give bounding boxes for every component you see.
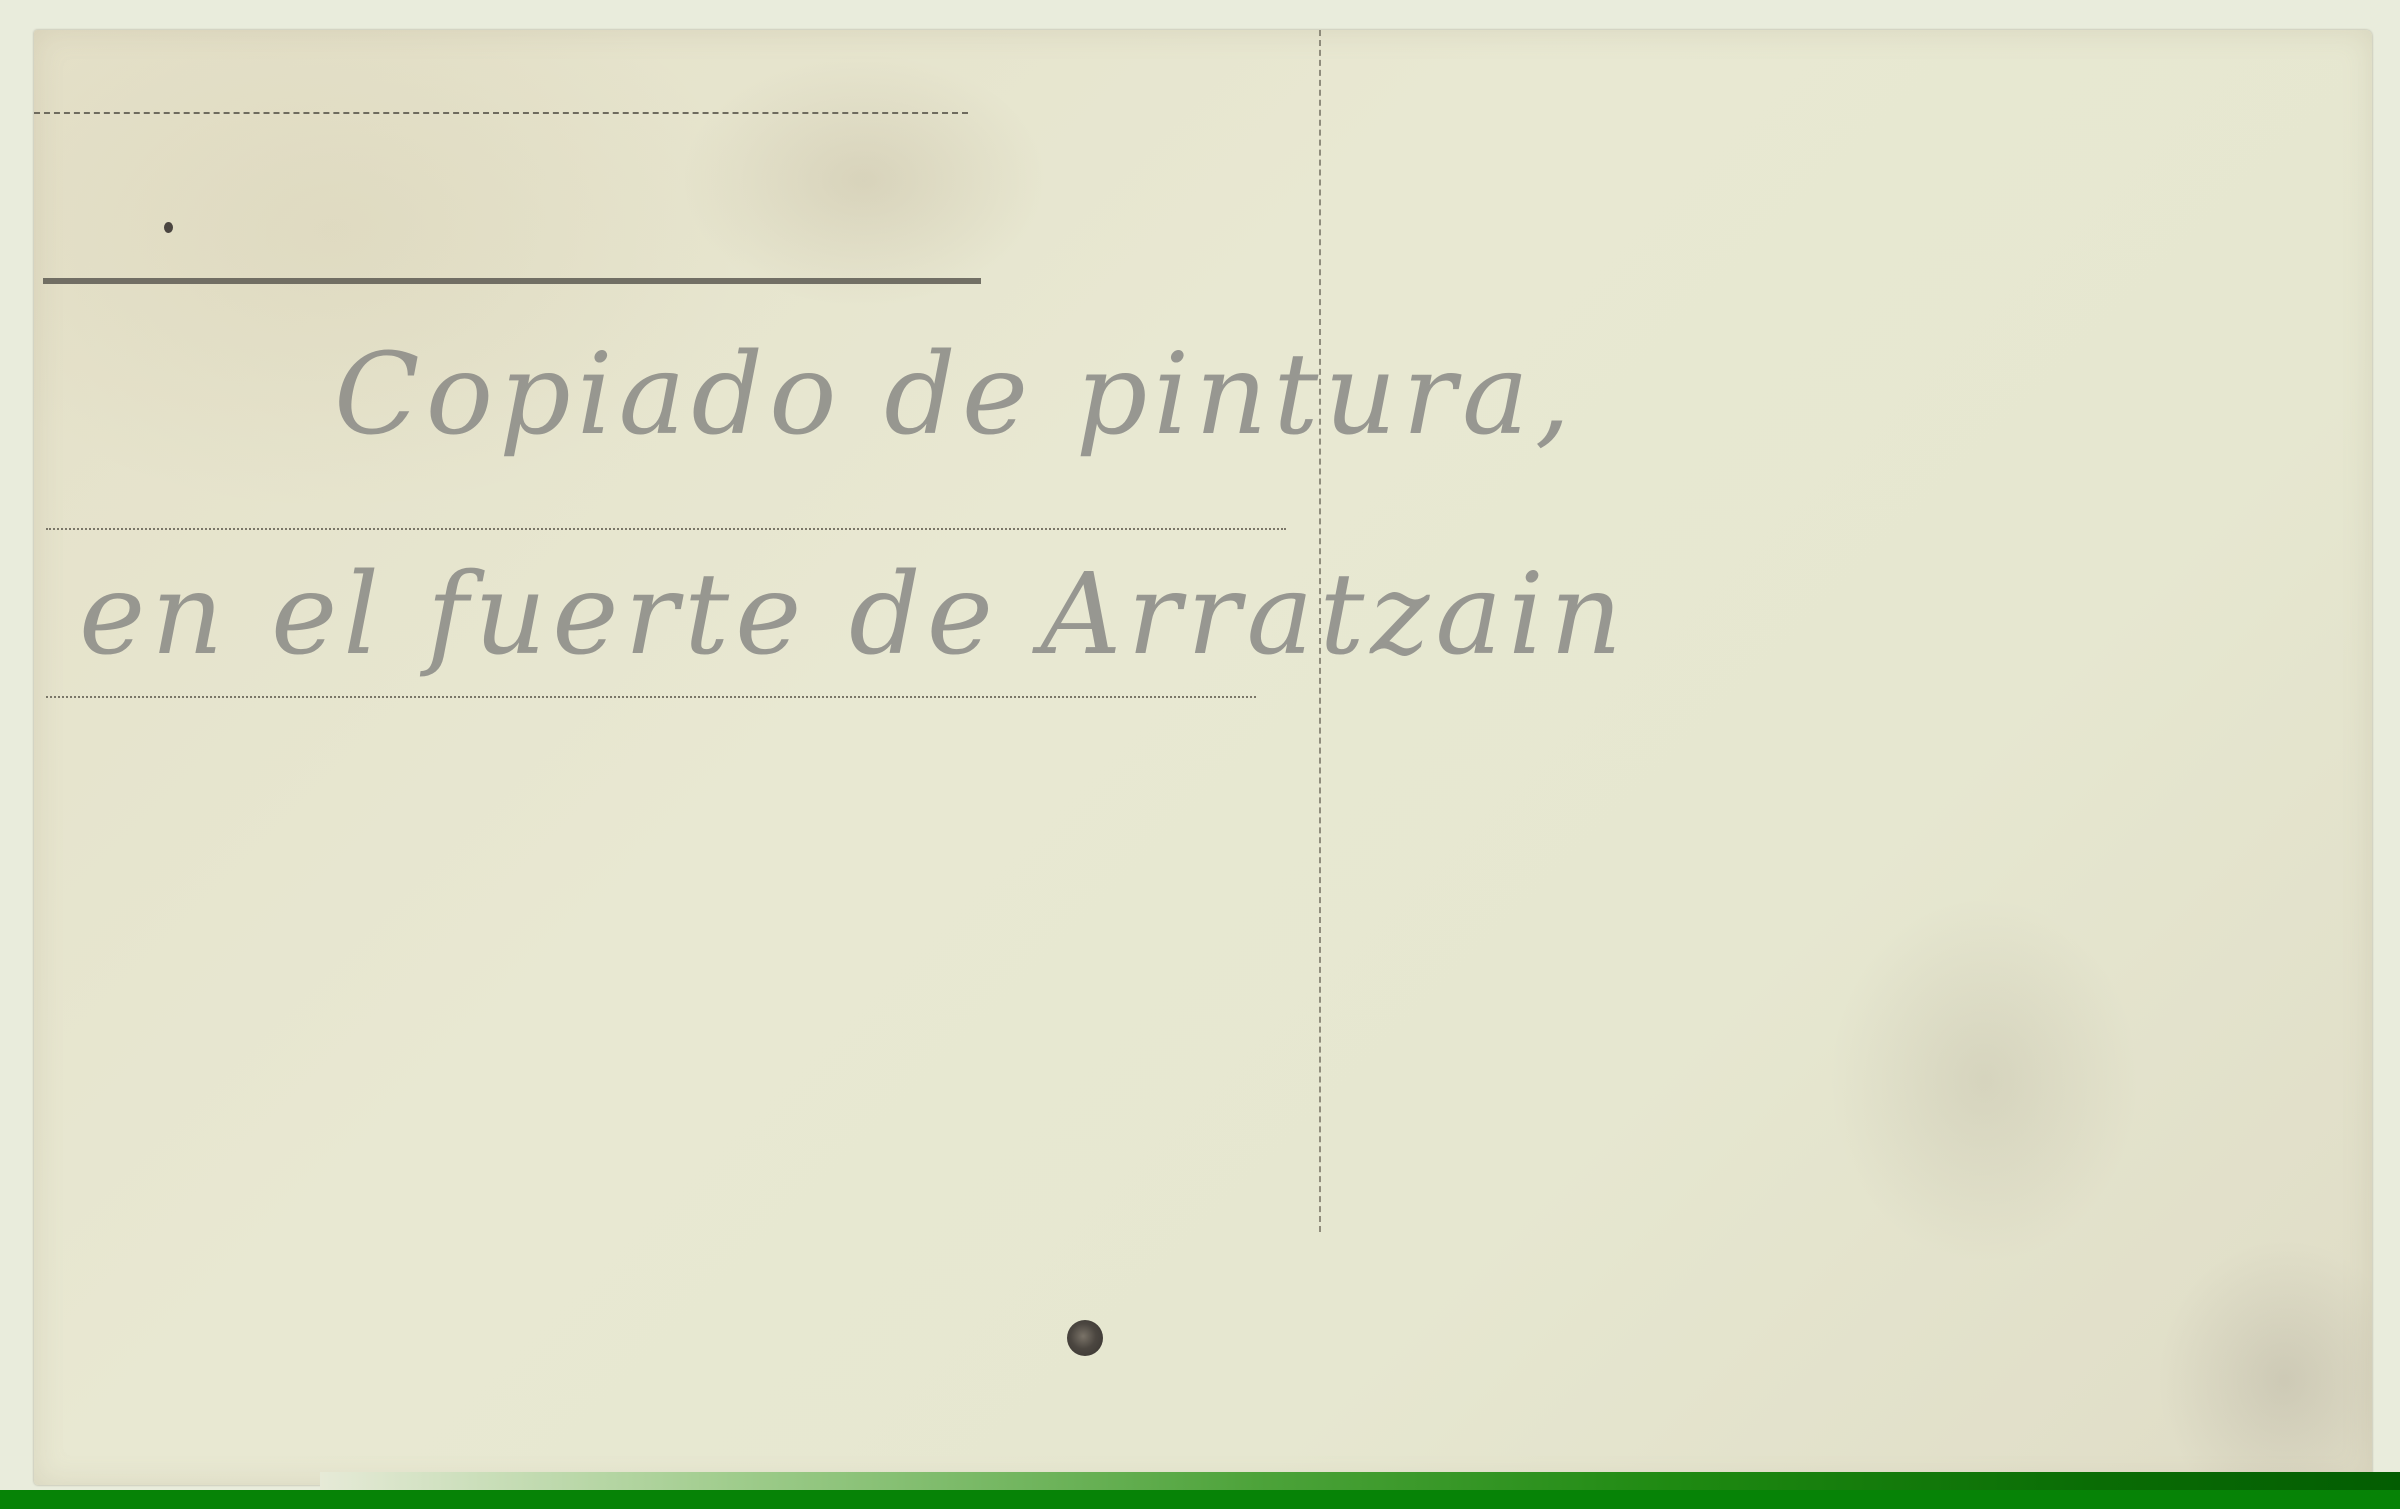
bottom-bar-solid xyxy=(0,1490,2400,1509)
handwritten-line-1: Copiado de pintura, xyxy=(334,330,1576,460)
dashed-address-line xyxy=(34,112,968,114)
dotted-line-2 xyxy=(46,696,1256,698)
bottom-bar xyxy=(0,1472,2400,1509)
ink-dot xyxy=(164,222,173,233)
solid-divider-line xyxy=(43,278,981,284)
dotted-line-1 xyxy=(46,528,1286,530)
pin-hole xyxy=(1067,1320,1103,1356)
handwritten-line-2: en el fuerte de Arratzain xyxy=(79,550,1628,680)
postcard: Copiado de pintura, en el fuerte de Arra… xyxy=(34,30,2372,1485)
bottom-bar-gradient xyxy=(320,1472,2400,1490)
